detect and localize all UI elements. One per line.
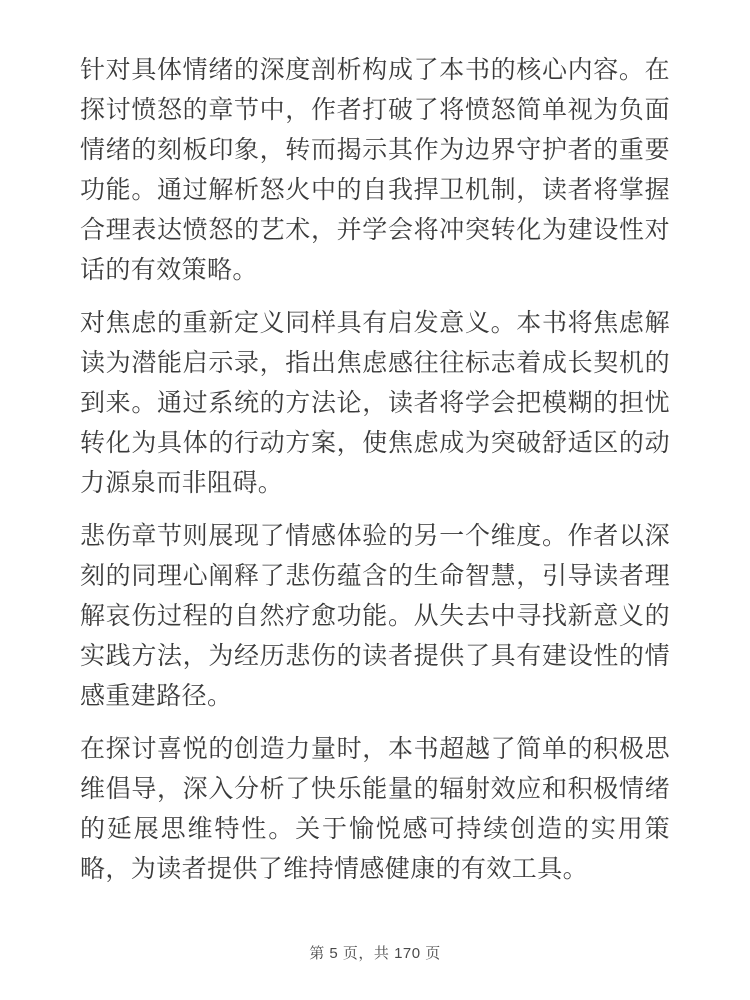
body-paragraph: 针对具体情绪的深度剖析构成了本书的核心内容。在探讨愤怒的章节中，作者打破了将愤怒… [80, 50, 670, 290]
body-paragraph: 对焦虑的重新定义同样具有启发意义。本书将焦虑解读为潜能启示录，指出焦虑感往往标志… [80, 303, 670, 503]
page-content: 针对具体情绪的深度剖析构成了本书的核心内容。在探讨愤怒的章节中，作者打破了将愤怒… [80, 50, 670, 902]
page-indicator: 第 5 页，共 170 页 [309, 945, 441, 962]
body-paragraph: 悲伤章节则展现了情感体验的另一个维度。作者以深刻的同理心阐释了悲伤蕴含的生命智慧… [80, 516, 670, 716]
document-page: 针对具体情绪的深度剖析构成了本书的核心内容。在探讨愤怒的章节中，作者打破了将愤怒… [0, 0, 750, 1000]
page-footer: 第 5 页，共 170 页 [0, 944, 750, 964]
body-paragraph: 在探讨喜悦的创造力量时，本书超越了简单的积极思维倡导，深入分析了快乐能量的辐射效… [80, 729, 670, 889]
